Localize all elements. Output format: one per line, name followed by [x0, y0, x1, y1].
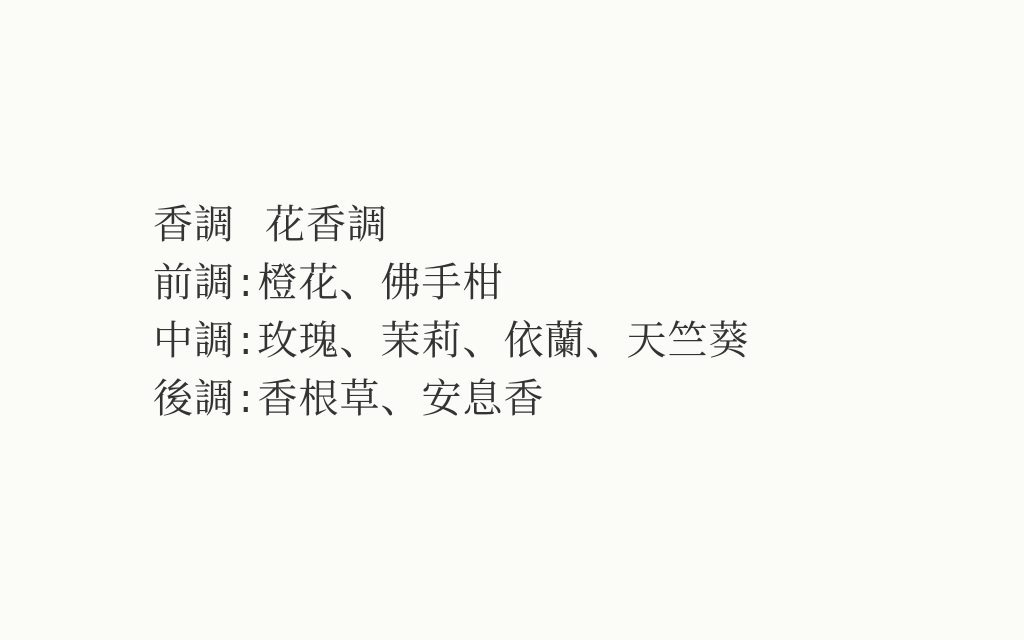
- fragrance-family-line: 香調花香調: [153, 196, 749, 254]
- base-notes-label: 後調: [153, 376, 235, 422]
- middle-notes-label: 中調: [153, 318, 235, 364]
- top-notes-label: 前調: [153, 260, 235, 306]
- base-notes-line: 後調:香根草、安息香: [153, 370, 749, 428]
- top-notes-value: 橙花、佛手柑: [257, 260, 503, 306]
- fragrance-notes-block: 香調花香調 前調:橙花、佛手柑 中調:玫瑰、茉莉、依蘭、天竺葵 後調:香根草、安…: [153, 196, 749, 428]
- base-notes-value: 香根草、安息香: [257, 376, 544, 422]
- middle-notes-value: 玫瑰、茉莉、依蘭、天竺葵: [257, 318, 749, 364]
- fragrance-family-label: 香調: [153, 202, 235, 248]
- middle-notes-separator: :: [235, 318, 257, 364]
- fragrance-family-value: 花香調: [265, 202, 388, 248]
- top-notes-line: 前調:橙花、佛手柑: [153, 254, 749, 312]
- top-notes-separator: :: [235, 260, 257, 306]
- base-notes-separator: :: [235, 376, 257, 422]
- middle-notes-line: 中調:玫瑰、茉莉、依蘭、天竺葵: [153, 312, 749, 370]
